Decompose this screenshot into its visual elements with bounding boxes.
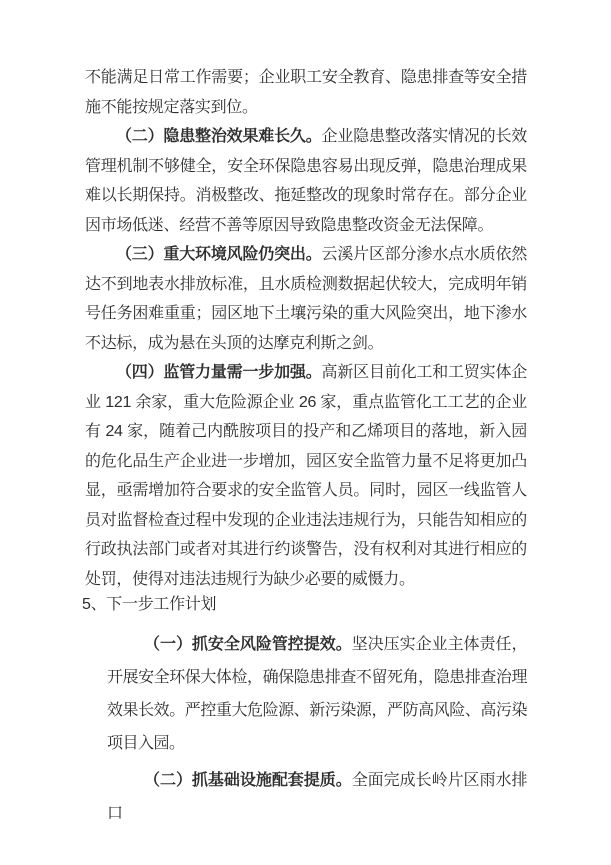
paragraph-lead: （二）隐患整治效果难长久。: [116, 128, 322, 145]
paragraph-text: 不能满足日常工作需要；企业职工安全教育、隐患排查等安全措施不能按规定落实到位。: [85, 69, 527, 116]
paragraph-lead: （四）监管力量需一步加强。: [116, 364, 322, 381]
plan-paragraph-1: （一）抓安全风险管控提效。坚决压实企业主体责任，开展安全环保大体检，确保隐患排查…: [107, 628, 527, 760]
document-page: 不能满足日常工作需要；企业职工安全教育、隐患排查等安全措施不能按规定落实到位。 …: [0, 0, 611, 865]
section-heading: 5、下一步工作计划: [82, 590, 527, 620]
paragraph-item-4: （四）监管力量需一步加强。高新区目前化工和工贸实体企业 121 余家，重大危险源…: [85, 358, 527, 594]
paragraph-item-3: （三）重大环境风险仍突出。云溪片区部分渗水点水质依然达不到地表水排放标准，且水质…: [85, 240, 527, 358]
paragraph-continuation: 不能满足日常工作需要；企业职工安全教育、隐患排查等安全措施不能按规定落实到位。: [85, 63, 527, 122]
plan-paragraph-2: （二）抓基础设施配套提质。全面完成长岭片区雨水排口: [107, 764, 527, 830]
paragraph-text: 高新区目前化工和工贸实体企业 121 余家，重大危险源企业 26 家，重点监管化…: [85, 364, 527, 588]
paragraph-lead: （一）抓安全风险管控提效。: [144, 636, 352, 653]
document-text-block: 不能满足日常工作需要；企业职工安全教育、隐患排查等安全措施不能按规定落实到位。 …: [85, 63, 527, 830]
paragraph-item-2: （二）隐患整治效果难长久。企业隐患整改落实情况的长效管理机制不够健全，安全环保隐…: [85, 122, 527, 240]
paragraph-lead: （三）重大环境风险仍突出。: [116, 246, 322, 263]
paragraph-lead: （二）抓基础设施配套提质。: [144, 772, 352, 789]
